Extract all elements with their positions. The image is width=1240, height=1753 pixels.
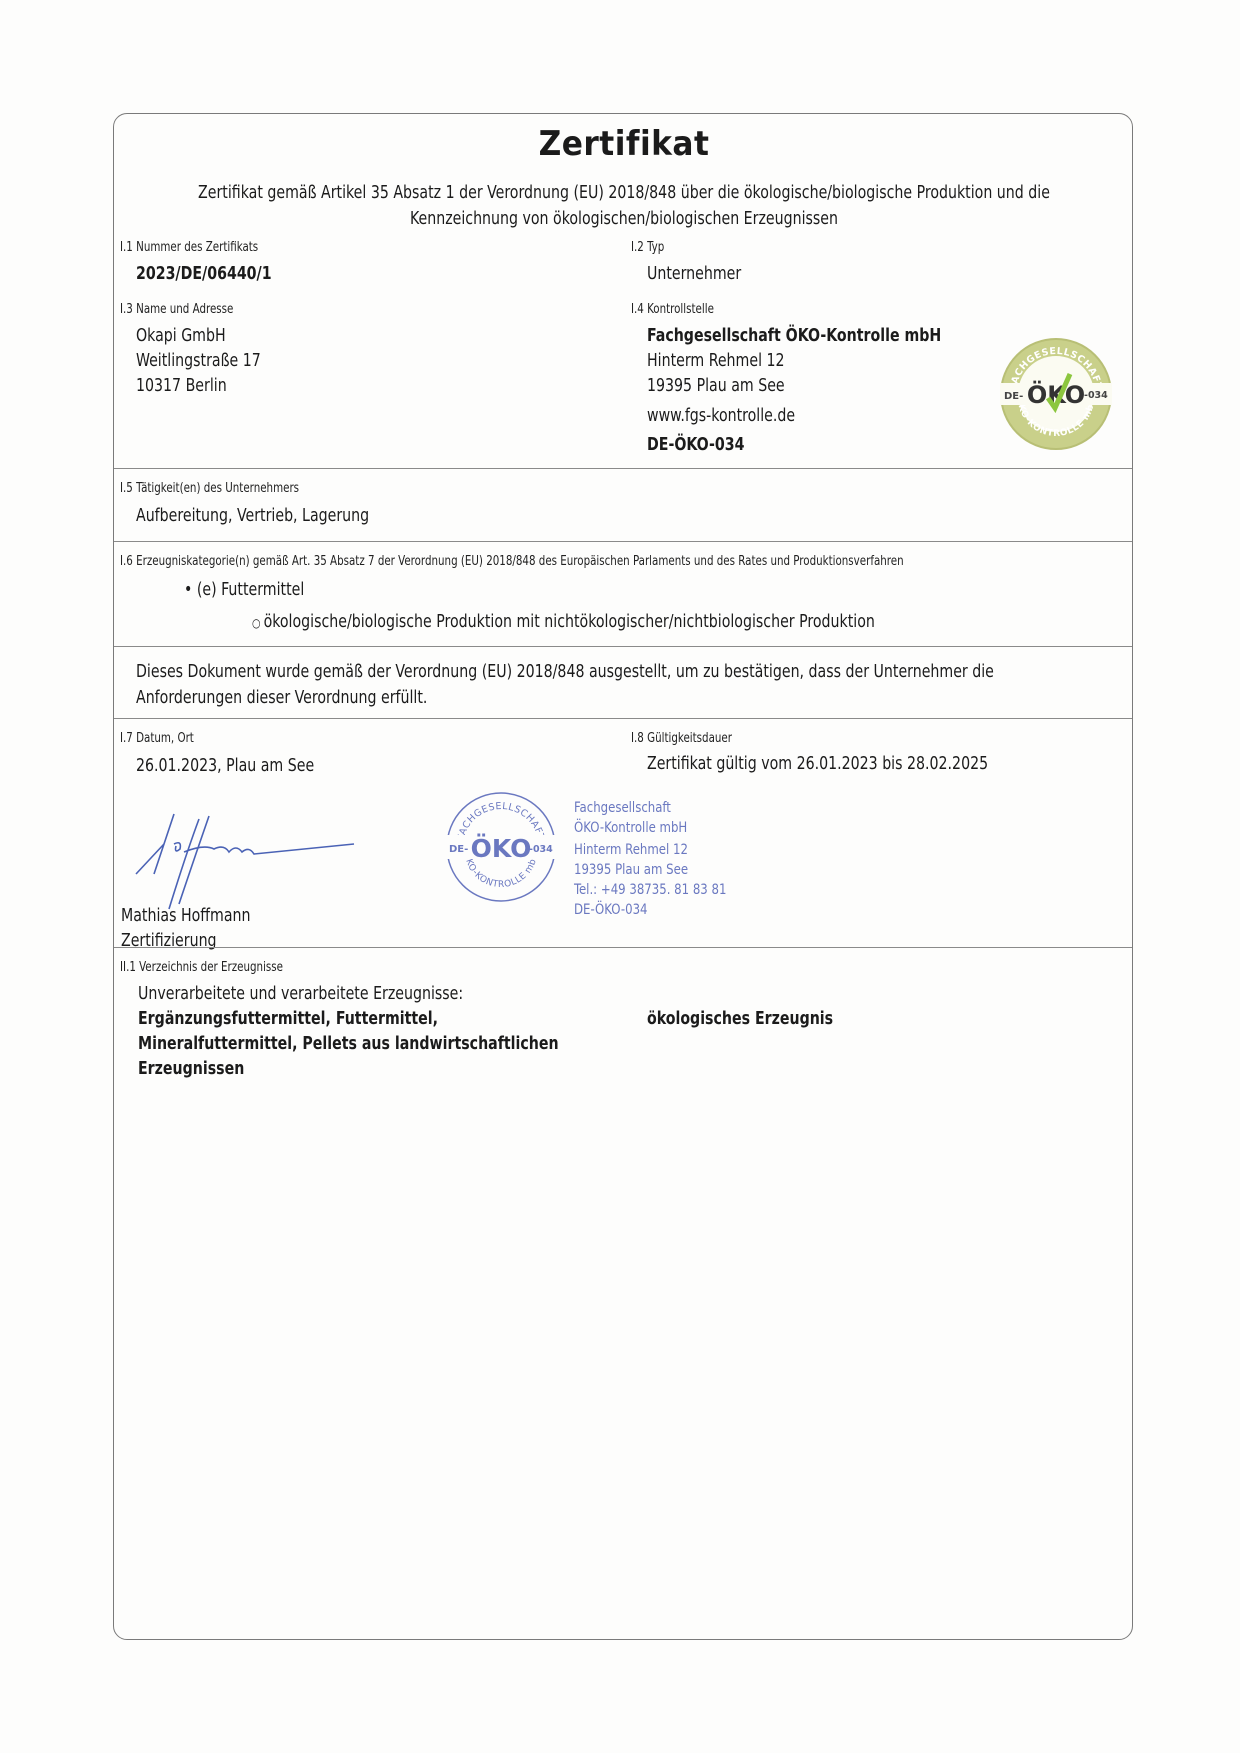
product-line: Ergänzungsfuttermittel, Futtermittel,: [138, 1009, 438, 1029]
label-type: I.2 Typ: [631, 240, 664, 255]
certificate-subtitle: Zertifikat gemäß Artikel 35 Absatz 1 der…: [165, 180, 1083, 232]
control-body-city: 19395 Plau am See: [647, 376, 785, 396]
certificate-number: 2023/DE/06440/1: [136, 264, 272, 284]
divider: [114, 947, 1132, 948]
label-activities: I.5 Tätigkeit(en) des Unternehmers: [120, 481, 299, 496]
compliance-statement: Dieses Dokument wurde gemäß der Verordnu…: [136, 659, 1000, 711]
svg-text:DE-: DE-: [449, 844, 468, 855]
svg-text:DE-: DE-: [1004, 391, 1023, 402]
signatory-role: Zertifizierung: [121, 931, 217, 951]
product-line: Mineralfuttermittel, Pellets aus landwir…: [138, 1034, 559, 1054]
circle-bullet-icon: ○: [252, 616, 264, 630]
validity-value: Zertifikat gültig vom 26.01.2023 bis 28.…: [647, 754, 988, 774]
stamp-line: Tel.: +49 38735. 81 83 81: [574, 880, 726, 900]
control-body-code: DE-ÖKO-034: [647, 435, 744, 455]
category-item: • (e) Futtermittel: [184, 580, 304, 600]
divider: [114, 646, 1132, 647]
label-date-place: I.7 Datum, Ort: [120, 731, 194, 746]
label-product-list: II.1 Verzeichnis der Erzeugnisse: [120, 960, 283, 975]
operator-city: 10317 Berlin: [136, 376, 227, 396]
signature-icon: [124, 804, 364, 914]
control-body-street: Hinterm Rehmel 12: [647, 351, 785, 371]
svg-text:-034: -034: [529, 844, 553, 855]
stamp-line: Hinterm Rehmel 12: [574, 840, 688, 860]
divider: [114, 468, 1132, 469]
label-name-address: I.3 Name und Adresse: [120, 302, 233, 317]
label-control-body: I.4 Kontrollstelle: [631, 302, 714, 317]
stamp-line: 19395 Plau am See: [574, 860, 688, 880]
product-status: ökologisches Erzeugnis: [647, 1009, 833, 1029]
bullet-icon: •: [184, 580, 197, 600]
svg-text:ÖKO: ÖKO: [471, 833, 532, 863]
signatory-name: Mathias Hoffmann: [121, 906, 250, 926]
control-body-name: Fachgesellschaft ÖKO-Kontrolle mbH: [647, 326, 941, 346]
label-certificate-number: I.1 Nummer des Zertifikats: [120, 240, 258, 255]
operator-street: Weitlingstraße 17: [136, 351, 261, 371]
divider: [114, 718, 1132, 719]
certificate-frame: Zertifikat Zertifikat gemäß Artikel 35 A…: [113, 113, 1133, 1640]
control-body-website[interactable]: www.fgs-kontrolle.de: [647, 406, 795, 426]
operator-name: Okapi GmbH: [136, 326, 226, 346]
product-line: Erzeugnissen: [138, 1059, 244, 1079]
oeko-logo-seal-icon: FACHGESELLSCHAFT ÖKO-KONTROLLE mbH DE- Ö…: [998, 336, 1114, 452]
product-list-heading: Unverarbeitete und verarbeitete Erzeugni…: [138, 984, 463, 1004]
stamp-line: ÖKO-Kontrolle mbH: [574, 818, 687, 838]
stamp-line: DE-ÖKO-034: [574, 900, 648, 920]
activities-value: Aufbereitung, Vertrieb, Lagerung: [136, 506, 369, 526]
label-product-categories: I.6 Erzeugniskategorie(n) gemäß Art. 35 …: [120, 554, 904, 569]
label-validity: I.8 Gültigkeitsdauer: [631, 731, 732, 746]
date-place-value: 26.01.2023, Plau am See: [136, 756, 314, 776]
svg-text:-034: -034: [1084, 390, 1108, 401]
stamp-line: Fachgesellschaft: [574, 798, 671, 818]
page-title: Zertifikat: [155, 124, 1093, 164]
official-stamp-icon: FACHGESELLSCHAFT ÖKO-KONTROLLE mbH DE- Ö…: [443, 789, 559, 905]
divider: [114, 541, 1132, 542]
production-method-item: ○ ökologische/biologische Produktion mit…: [252, 612, 875, 632]
type-value: Unternehmer: [647, 264, 741, 284]
